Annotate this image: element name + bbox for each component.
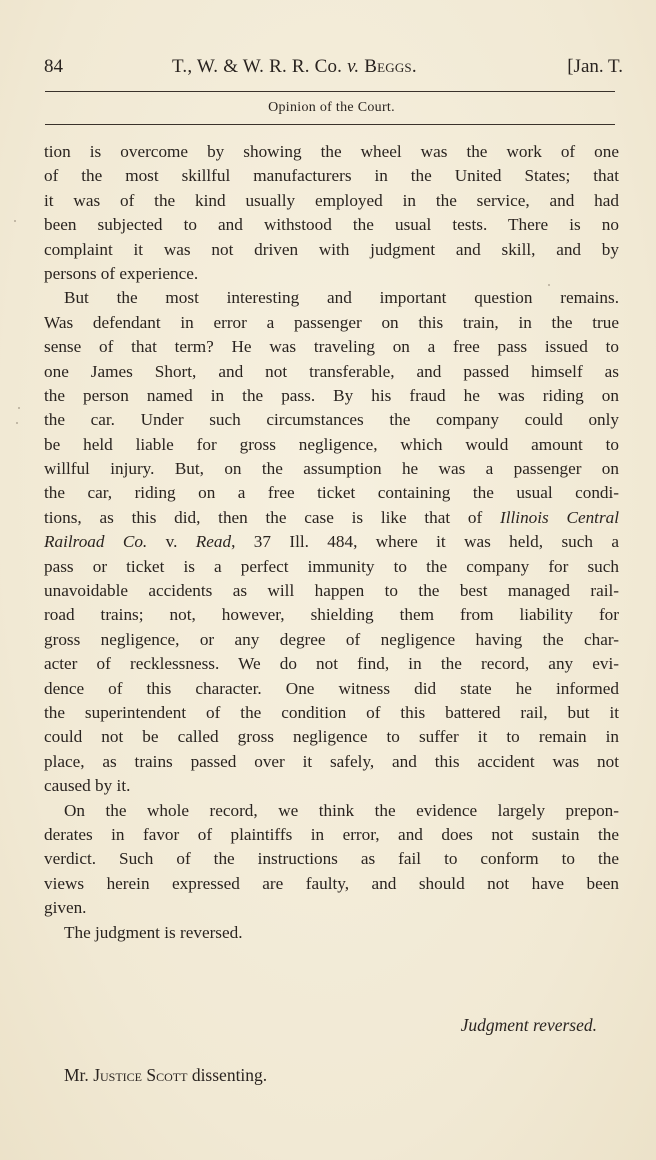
text-line: But the most interesting and important q… — [44, 286, 619, 310]
text-line: gross negligence, or any degree of negli… — [44, 628, 619, 652]
text-line: persons of experience. — [44, 262, 619, 286]
text-fragment: , 37 Ill. 484, where it was held, such a — [231, 532, 619, 551]
justice-name: Justice Scott — [93, 1065, 187, 1085]
dissent-note: Mr. Justice Scott dissenting. — [64, 1063, 267, 1087]
text-line: derates in favor of plaintiffs in error,… — [44, 823, 619, 847]
text-line: the superintendent of the condition of t… — [44, 701, 619, 725]
text-line: could not be called gross negligence to … — [44, 725, 619, 749]
text-line: be held liable for gross negligence, whi… — [44, 433, 619, 457]
text-line: caused by it. — [44, 774, 619, 798]
case-title: T., W. & W. R. R. Co. v. Beggs. — [172, 54, 417, 80]
text-line: views herein expressed are faulty, and s… — [44, 872, 619, 896]
paragraph-3: On the whole record, we think the eviden… — [44, 799, 619, 921]
paragraph-2: But the most interesting and important q… — [44, 286, 619, 798]
case-title-versus: v. — [347, 56, 359, 77]
text-line: the car. Under such circumstances the co… — [44, 408, 619, 432]
page-number: 84 — [44, 54, 63, 80]
text-line: verdict. Such of the instructions as fai… — [44, 847, 619, 871]
text-line: sense of that term? He was traveling on … — [44, 335, 619, 359]
text-fragment: tions, as this did, then the case is lik… — [44, 508, 500, 527]
text-line: tions, as this did, then the case is lik… — [44, 506, 619, 530]
case-title-prefix: T., W. & W. R. R. Co. — [172, 56, 347, 77]
paper-speck — [548, 284, 550, 286]
case-citation-italic: Read — [196, 532, 231, 551]
text-line: of the most skillful manufacturers in th… — [44, 164, 619, 188]
running-head: 84 T., W. & W. R. R. Co. v. Beggs. [Jan.… — [44, 54, 619, 80]
section-heading: Opinion of the Court. — [44, 97, 619, 119]
text-line: road trains; not, however, shielding the… — [44, 603, 619, 627]
text-line: one James Short, and not transferable, a… — [44, 360, 619, 384]
text-line: On the whole record, we think the eviden… — [44, 799, 619, 823]
case-citation-italic: Railroad Co. — [44, 532, 147, 551]
text-line: been subjected to and withstood the usua… — [44, 213, 619, 237]
text-line: the person named in the pass. By his fra… — [44, 384, 619, 408]
text-line: given. — [44, 896, 619, 920]
paper-speck — [16, 422, 18, 424]
text-fragment: v. — [147, 532, 196, 551]
text-line: pass or ticket is a perfect immunity to … — [44, 555, 619, 579]
text-line: Railroad Co. v. Read, 37 Ill. 484, where… — [44, 530, 619, 554]
header-rule-top — [45, 91, 615, 92]
text-line: tion is overcome by showing the wheel wa… — [44, 140, 619, 164]
case-title-party: Beggs. — [359, 56, 417, 77]
dissent-prefix: Mr. — [64, 1065, 93, 1085]
paragraph-1: tion is overcome by showing the wheel wa… — [44, 140, 619, 286]
text-line: it was of the kind usually employed in t… — [44, 189, 619, 213]
case-citation-italic: Illinois Central — [500, 508, 619, 527]
text-line: dence of this character. One witness did… — [44, 677, 619, 701]
text-line: acter of recklessness. We do not find, i… — [44, 652, 619, 676]
paragraph-4: The judgment is reversed. — [44, 921, 619, 945]
text-line: complaint it was not driven with judgmen… — [44, 238, 619, 262]
text-line: place, as trains passed over it safely, … — [44, 750, 619, 774]
text-line: willful injury. But, on the assumption h… — [44, 457, 619, 481]
paper-speck — [18, 407, 20, 409]
paper-speck — [14, 220, 16, 222]
opinion-body: tion is overcome by showing the wheel wa… — [44, 140, 619, 945]
text-line: Was defendant in error a passenger on th… — [44, 311, 619, 335]
text-line: the car, riding on a free ticket contain… — [44, 481, 619, 505]
judgment-closing: Judgment reversed. — [461, 1013, 597, 1037]
text-line: unavoidable accidents as will happen to … — [44, 579, 619, 603]
court-term: [Jan. T. — [567, 54, 623, 80]
dissent-suffix: dissenting. — [187, 1065, 267, 1085]
text-line: The judgment is reversed. — [44, 921, 619, 945]
header-rule-bottom — [45, 124, 615, 125]
